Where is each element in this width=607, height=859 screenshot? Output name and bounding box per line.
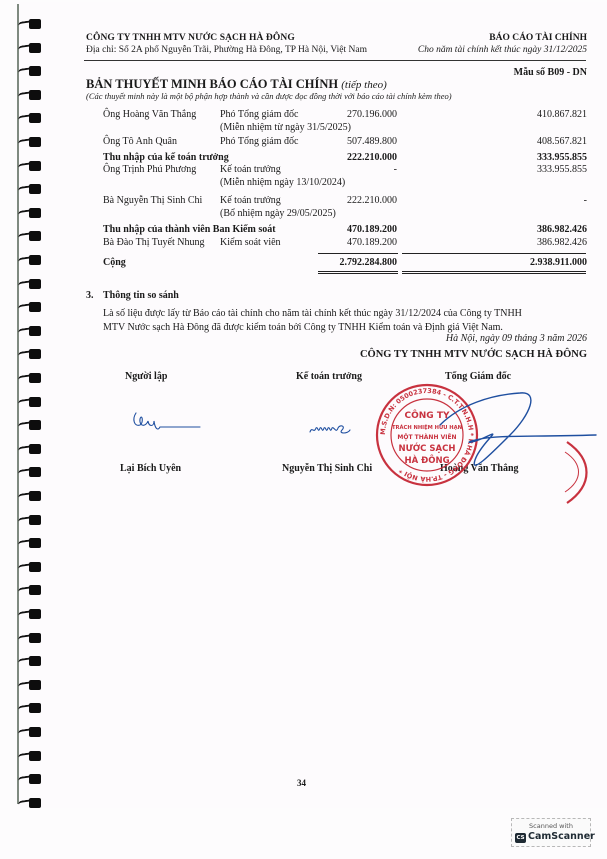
row-role: (Miễn nhiệm ngày 13/10/2024) <box>220 177 345 188</box>
table-row: Bà Đào Thị Tuyết NhungKiểm soát viên470.… <box>0 237 607 250</box>
binding-ring <box>18 65 42 77</box>
row-current-year: 470.189.200 <box>347 237 397 248</box>
binding-ring <box>18 773 42 785</box>
table-row: Ông Trịnh Phú PhươngKế toán trưởng-333.9… <box>0 164 607 177</box>
binding-ring <box>18 396 42 408</box>
row-current-year: 222.210.000 <box>347 195 397 206</box>
binding-ring <box>18 42 42 54</box>
row-name: Thu nhập của kế toán trưởng <box>103 152 229 163</box>
binding-ring <box>18 726 42 738</box>
table-note-row: (Bổ nhiệm ngày 29/05/2025) <box>0 208 607 221</box>
signatory-title-chief-accountant: Kế toán trưởng <box>296 371 362 382</box>
row-current-year: 470.189.200 <box>347 224 397 235</box>
watermark-brand: CamScanner <box>528 831 595 842</box>
row-prior-year: 333.955.855 <box>537 164 587 175</box>
row-prior-year: 386.982.426 <box>537 237 587 248</box>
row-prior-year: 408.567.821 <box>537 136 587 147</box>
row-role: Phó Tổng giám đốc <box>220 136 298 147</box>
section-title: Thông tin so sánh <box>103 290 179 301</box>
row-current-year: 222.210.000 <box>347 152 397 163</box>
signature-preparer <box>130 405 205 440</box>
sum-rule <box>318 253 398 254</box>
row-name: Bà Đào Thị Tuyết Nhung <box>103 237 205 248</box>
row-name: Bà Nguyễn Thị Sinh Chi <box>103 195 202 206</box>
binding-ring <box>18 466 42 478</box>
row-prior-year: 333.955.855 <box>537 152 587 163</box>
binding-ring <box>18 537 42 549</box>
binding-ring <box>18 584 42 596</box>
binding-ring <box>18 608 42 620</box>
row-prior-year: - <box>584 195 587 206</box>
binding-ring <box>18 490 42 502</box>
header-divider <box>84 60 586 61</box>
sum-rule <box>402 253 586 254</box>
title-main: BẢN THUYẾT MINH BÁO CÁO TÀI CHÍNH <box>86 77 338 91</box>
row-name: Ông Trịnh Phú Phương <box>103 164 196 175</box>
row-current-year: 507.489.800 <box>347 136 397 147</box>
signing-company: CÔNG TY TNHH MTV NƯỚC SẠCH HÀ ĐÔNG <box>360 349 587 360</box>
row-current-year: 270.196.000 <box>347 109 397 120</box>
table-note-row: (Miễn nhiệm từ ngày 31/5/2025) <box>0 122 607 135</box>
binding-ring <box>18 514 42 526</box>
binding-ring <box>18 278 42 290</box>
binding-ring <box>18 18 42 30</box>
page-title: BẢN THUYẾT MINH BÁO CÁO TÀI CHÍNH (tiếp … <box>86 77 387 92</box>
binding-ring <box>18 89 42 101</box>
row-role: Phó Tổng giám đốc <box>220 109 298 120</box>
binding-ring <box>18 655 42 667</box>
section-body: Là số liệu được lấy từ Báo cáo tài chính… <box>103 307 573 335</box>
row-role: Kế toán trưởng <box>220 195 281 206</box>
header-address: Địa chỉ: Số 2A phố Nguyễn Trãi, Phường H… <box>86 45 367 55</box>
table-total-row: Cộng2.792.284.8002.938.911.000 <box>0 257 607 270</box>
signatory-title-preparer: Người lập <box>125 371 167 382</box>
place-date: Hà Nội, ngày 09 tháng 3 năm 2026 <box>446 333 587 344</box>
watermark-scanned-with: Scanned with <box>512 822 590 830</box>
table-row: Bà Nguyễn Thị Sinh ChiKế toán trưởng222.… <box>0 195 607 208</box>
row-name: Ông Tô Anh Quân <box>103 136 177 147</box>
row-prior-year: 386.982.426 <box>537 224 587 235</box>
binding-ring <box>18 750 42 762</box>
row-prior-year: 410.867.821 <box>537 109 587 120</box>
row-role: (Miễn nhiệm từ ngày 31/5/2025) <box>220 122 351 133</box>
partial-seal <box>563 440 607 505</box>
total-current-year: 2.792.284.800 <box>340 257 398 268</box>
binding-ring <box>18 443 42 455</box>
signature-chief-accountant <box>308 420 358 440</box>
header-report-period: Cho năm tài chính kết thúc ngày 31/12/20… <box>418 45 587 55</box>
binding-ring <box>18 348 42 360</box>
row-role: (Bổ nhiệm ngày 29/05/2025) <box>220 208 336 219</box>
header-report-title: BÁO CÁO TÀI CHÍNH <box>489 33 587 43</box>
row-role: Kiểm soát viên <box>220 237 281 248</box>
binding-ring <box>18 561 42 573</box>
section-number: 3. <box>86 290 94 301</box>
table-note-row: (Miễn nhiệm ngày 13/10/2024) <box>0 177 607 190</box>
table-group-row: Thu nhập của thành viên Ban Kiểm soát470… <box>0 224 607 237</box>
binding-ring <box>18 702 42 714</box>
header-company: CÔNG TY TNHH MTV NƯỚC SẠCH HÀ ĐÔNG <box>86 33 295 43</box>
camscanner-watermark: Scanned with CS CamScanner <box>511 818 591 847</box>
row-name: Thu nhập của thành viên Ban Kiểm soát <box>103 224 276 235</box>
row-current-year: - <box>394 164 397 175</box>
total-label: Cộng <box>103 257 126 268</box>
page-number: 34 <box>297 778 306 788</box>
binding-ring <box>18 679 42 691</box>
binding-ring <box>18 372 42 384</box>
table-row: Ông Hoàng Văn ThắngPhó Tổng giám đốc270.… <box>0 109 607 122</box>
signatory-name-chief-accountant: Nguyễn Thị Sinh Chi <box>282 463 372 474</box>
binding-ring <box>18 632 42 644</box>
binding-ring <box>18 419 42 431</box>
camscanner-logo-icon: CS <box>515 833 526 843</box>
table-row: Ông Tô Anh QuânPhó Tổng giám đốc507.489.… <box>0 136 607 149</box>
section-body-line: Là số liệu được lấy từ Báo cáo tài chính… <box>103 307 573 321</box>
total-double-rule <box>402 271 586 274</box>
binding-ring <box>18 797 42 809</box>
title-note: (Các thuyết minh này là một bộ phận hợp … <box>86 91 452 101</box>
scanned-page: CÔNG TY TNHH MTV NƯỚC SẠCH HÀ ĐÔNG Địa c… <box>0 0 607 859</box>
binding-ring <box>18 325 42 337</box>
title-continued: (tiếp theo) <box>341 79 387 91</box>
signatory-name-preparer: Lại Bích Uyên <box>120 463 181 474</box>
row-role: Kế toán trưởng <box>220 164 281 175</box>
form-number: Mẫu số B09 - DN <box>514 67 587 78</box>
total-prior-year: 2.938.911.000 <box>530 257 587 268</box>
binding-ring <box>18 301 42 313</box>
row-name: Ông Hoàng Văn Thắng <box>103 109 196 120</box>
total-double-rule <box>318 271 398 274</box>
